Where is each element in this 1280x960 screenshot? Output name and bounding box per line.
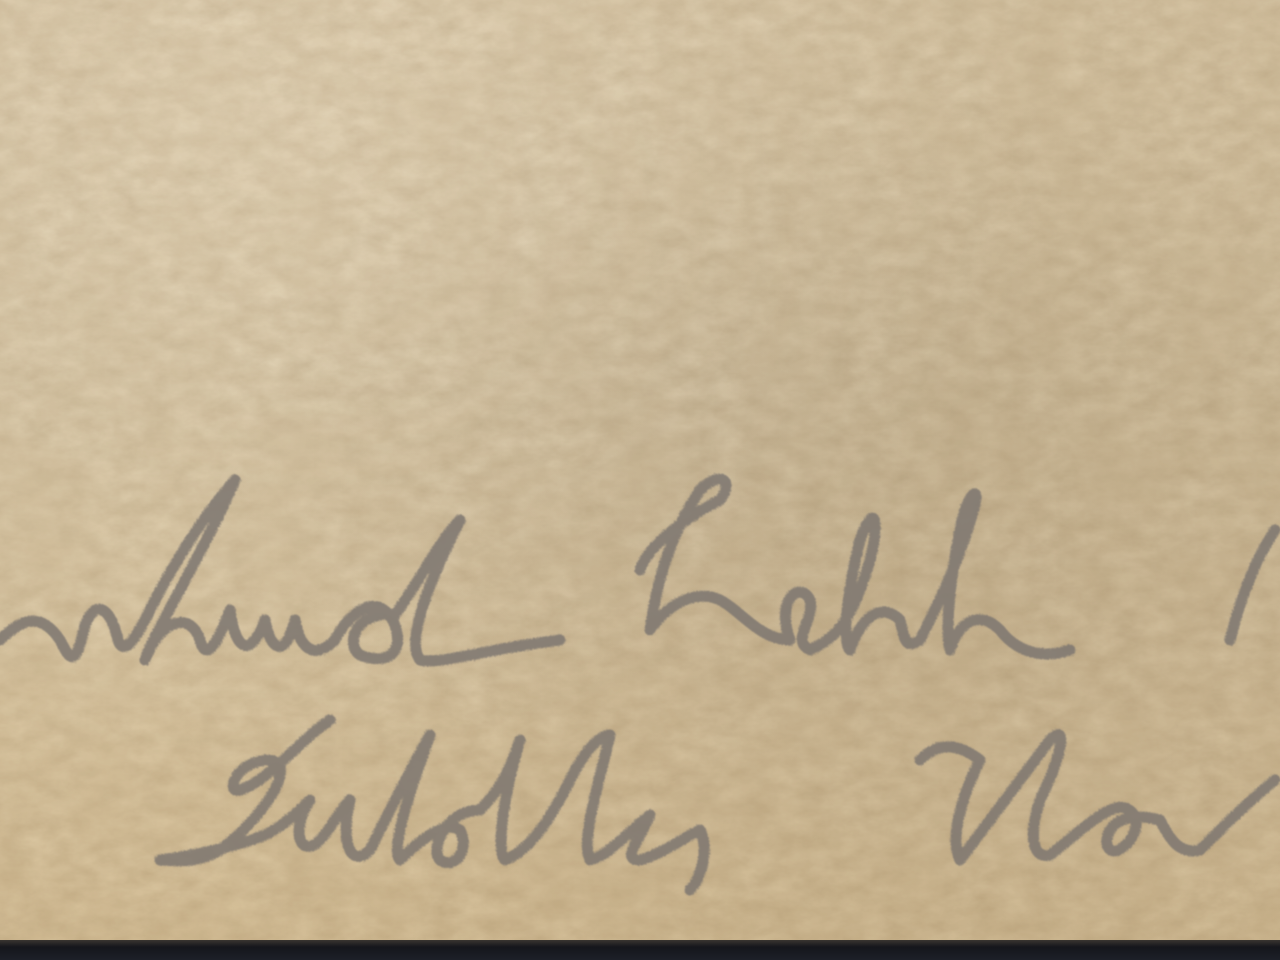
photograph: …rhud Rehh … Lahdls Vla… xyxy=(0,0,1280,960)
handwritten-text xyxy=(0,0,1280,960)
dark-edge xyxy=(0,940,1280,960)
handwriting-line-2 xyxy=(160,720,1275,890)
handwriting-line-1 xyxy=(0,479,1275,661)
